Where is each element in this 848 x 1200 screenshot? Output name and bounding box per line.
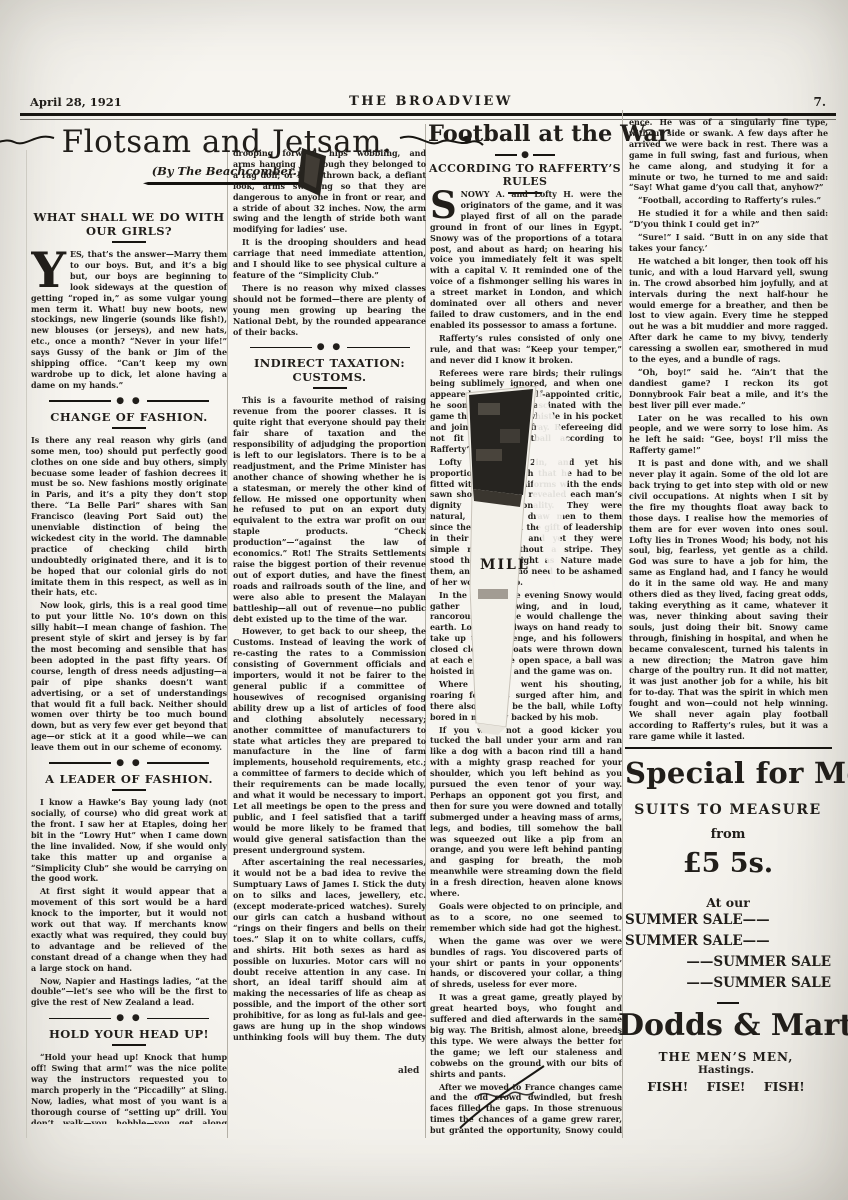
headline-divider: ● <box>428 152 622 158</box>
ad-title: Dodds & Martin <box>618 1008 834 1043</box>
ad-price: £5 5s. <box>625 848 831 879</box>
page-number: 7. <box>813 95 826 109</box>
article-paragraph: He studied it for a while and then said:… <box>629 208 828 230</box>
dodds-martin-ad: Dodds & Martin THE MEN’S MEN, Hastings. … <box>618 1008 834 1094</box>
section-divider: ● ● <box>49 398 209 404</box>
article-paragraph: However, to get back to our sheep, the C… <box>233 626 426 855</box>
heading-rule <box>112 789 146 791</box>
header-rule <box>20 113 836 116</box>
article-paragraph: Rafferty’s rules consisted of only one r… <box>430 333 622 366</box>
article-paragraph: There is no reason why mixed classes sho… <box>233 283 426 338</box>
swash-flourish-left-icon <box>0 128 56 156</box>
ad-line: Hastings. <box>618 1064 834 1076</box>
heading-rule <box>313 387 347 389</box>
article-paragraph: YES, that’s the answer—Marry them to our… <box>31 249 227 391</box>
article-paragraph: At first sight it would appear that a mo… <box>31 886 227 973</box>
article-paragraph: Now, Napier and Hastings ladies, “at the… <box>31 976 227 1009</box>
football-article-title: Football at the War <box>428 121 622 147</box>
article-paragraph: Is there any real reason why girls (and … <box>31 435 227 599</box>
ad-title: Special for Men! <box>625 756 831 790</box>
summer-sale-line: SUMMER SALE—— <box>625 910 831 931</box>
drop-cap: Y <box>31 250 66 290</box>
article-paragraph: Now look, girls, this is a real good tim… <box>31 600 227 753</box>
football-subtitle: ACCORDING TO RAFFERTY’S RULES <box>428 162 622 188</box>
ad-dash-rule <box>717 1002 739 1004</box>
column-1: WHAT SHALL WE DO WITH OUR GIRLS? YES, th… <box>31 210 227 1124</box>
heading-rule <box>112 241 146 243</box>
margin-rule <box>26 150 27 1138</box>
article-paragraph: Goals were objected to on principle, and… <box>430 901 622 934</box>
article-paragraph: “Oh, boy!” said he. “Ain’t that the dand… <box>629 367 828 411</box>
drop-cap: S <box>430 190 457 221</box>
newspaper-masthead: THE BROADVIEW <box>30 94 832 109</box>
article-paragraph: Later on he was recalled to his own peop… <box>629 413 828 457</box>
column-rule <box>622 110 623 1138</box>
article-paragraph: It is past and done with, and we shall n… <box>629 458 828 742</box>
ad-line: FISH! FISE! FISH! <box>618 1079 834 1094</box>
summer-sale-line: ——SUMMER SALE <box>625 952 831 973</box>
article-paragraph: When the game was over we were bundles o… <box>430 936 622 991</box>
article-paragraph: “Football, according to Rafferty’s rules… <box>629 195 828 206</box>
section-heading: HOLD YOUR HEAD UP! <box>31 1027 227 1041</box>
section-heading: WHAT SHALL WE DO WITH OUR GIRLS? <box>31 210 227 238</box>
newspaper-page: April 28, 1921 THE BROADVIEW 7. Flotsam … <box>0 0 848 1200</box>
ad-line: At our <box>625 895 831 910</box>
article-paragraph: SNOWY A. and Lofty H. were the originato… <box>430 189 622 331</box>
section-heading: A LEADER OF FASHION. <box>31 772 227 786</box>
article-paragraph: If you were not a good kicker you tucked… <box>430 725 622 900</box>
section-divider: ● ● <box>49 760 209 766</box>
column-4: ence. He was of a singularly fine type, … <box>629 117 828 742</box>
article-paragraph: “Hold your head up! Knock that hump off!… <box>31 1052 227 1124</box>
article-paragraph: ence. He was of a singularly fine type, … <box>629 117 828 193</box>
column-2: drooping forward, hips wobbling, and arm… <box>233 148 426 1042</box>
article-paragraph: I know a Hawke’s Bay young lady (not soc… <box>31 797 227 884</box>
page-header: April 28, 1921 THE BROADVIEW 7. <box>30 93 832 113</box>
summer-sale-line: ——SUMMER SALE <box>625 973 831 994</box>
article-paragraph: He watched a bit longer, then took off h… <box>629 256 828 365</box>
column-rule <box>227 150 228 1138</box>
paragraph-text: NOWY A. and Lofty H. were the originator… <box>430 189 622 330</box>
article-paragraph: “Sure!” I said. “Butt in on any side tha… <box>629 232 828 254</box>
torn-paper-artifact: MILL <box>438 383 578 739</box>
svg-text:MILL: MILL <box>480 557 530 573</box>
section-divider: ● ● <box>250 344 410 350</box>
ad-line: SUITS TO MEASURE <box>625 802 831 818</box>
ad-line: THE MEN’S MEN, <box>618 1050 834 1064</box>
section-heading: INDIRECT TAXATION: CUSTOMS. <box>233 356 426 384</box>
ad-line: from <box>625 827 831 842</box>
torn-text-fragment: aled <box>398 1066 419 1076</box>
article-paragraph: After ascertaining the real necessaries,… <box>233 857 426 1042</box>
ad-separator-rule <box>625 747 832 749</box>
fold-mark-artifact <box>294 144 338 204</box>
suits-ad: Special for Men! SUITS TO MEASURE from £… <box>625 756 831 1004</box>
football-article-head: Football at the War ● ACCORDING TO RAFFE… <box>428 121 622 194</box>
article-paragraph: It is the drooping shoulders and head ca… <box>233 237 426 281</box>
heading-rule <box>112 427 146 429</box>
article-paragraph: This is a favourite method of raising re… <box>233 395 426 624</box>
section-heading: CHANGE OF FASHION. <box>31 410 227 424</box>
heading-rule <box>112 1044 146 1046</box>
summer-sale-line: SUMMER SALE—— <box>625 931 831 952</box>
section-divider: ● ● <box>49 1015 209 1021</box>
pen-scribble-artifact <box>448 1062 568 1138</box>
